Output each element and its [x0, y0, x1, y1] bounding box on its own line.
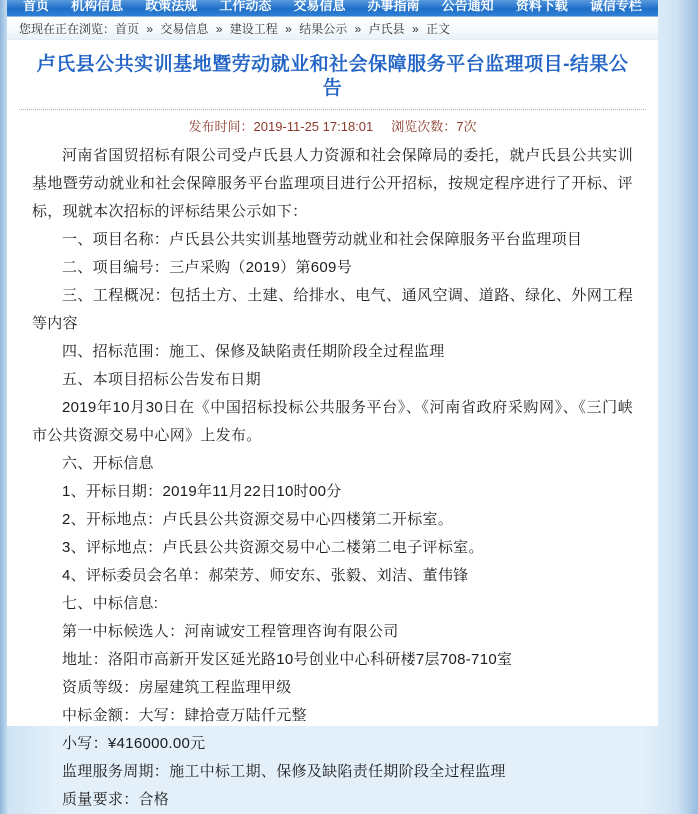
page-title: 卢氏县公共实训基地暨劳动就业和社会保障服务平台监理项目-结果公告	[32, 53, 633, 101]
article-paragraph: 一、项目名称：卢氏县公共实训基地暨劳动就业和社会保障服务平台监理项目	[32, 226, 633, 254]
article-paragraph: 2019年10月30日在《中国招标投标公共服务平台》、《河南省政府采购网》、《三…	[32, 394, 633, 450]
breadcrumb-link[interactable]: 结果公示	[299, 22, 347, 36]
nav-item[interactable]: 政策法规	[145, 0, 197, 16]
article-paragraph: 二、项目编号：三卢采购（2019）第609号	[32, 254, 633, 282]
content-page: 首页 机构信息 政策法规 工作动态 交易信息 办事指南 公告通知 资料下载 诚信…	[7, 0, 658, 726]
nav-item[interactable]: 交易信息	[293, 0, 345, 16]
article-paragraph: 四、招标范围：施工、保修及缺陷责任期阶段全过程监理	[32, 338, 633, 366]
breadcrumb-separator: »	[412, 22, 419, 36]
article-paragraph: 五、本项目招标公告发布日期	[32, 366, 633, 394]
article-body: 河南省国贸招标有限公司受卢氏县人力资源和社会保障局的委托，就卢氏县公共实训基地暨…	[32, 142, 633, 726]
views-value: 7次	[456, 119, 476, 134]
article-paragraph: 地址：洛阳市高新开发区延光路10号创业中心科研楼7层708-710室	[32, 646, 633, 674]
nav-item[interactable]: 机构信息	[71, 0, 123, 16]
article-paragraph: 七、中标信息:	[32, 590, 633, 618]
article-paragraph: 河南省国贸招标有限公司受卢氏县人力资源和社会保障局的委托，就卢氏县公共实训基地暨…	[32, 142, 633, 226]
article-paragraph: 六、开标信息	[32, 450, 633, 478]
publish-time-value: 2019-11-25 17:18:01	[254, 119, 374, 134]
breadcrumb-link[interactable]: 首页	[115, 22, 139, 36]
breadcrumb-link[interactable]: 卢氏县	[369, 22, 405, 36]
breadcrumb-separator: »	[355, 22, 362, 36]
breadcrumb-separator: »	[285, 22, 292, 36]
nav-item[interactable]: 诚信专栏	[590, 0, 642, 16]
nav-item[interactable]: 工作动态	[219, 0, 271, 16]
views-label: 浏览次数：	[391, 119, 456, 134]
nav-items: 首页 机构信息 政策法规 工作动态 交易信息 办事指南 公告通知 资料下载 诚信…	[7, 0, 658, 16]
breadcrumb-link[interactable]: 正文	[426, 22, 450, 36]
article-paragraph: 中标金额：大写：肆拾壹万陆仟元整	[32, 702, 633, 726]
article: 卢氏县公共实训基地暨劳动就业和社会保障服务平台监理项目-结果公告 发布时间：20…	[7, 53, 658, 726]
breadcrumb-separator: »	[216, 22, 223, 36]
article-paragraph: 三、工程概况：包括土方、土建、给排水、电气、通风空调、道路、绿化、外网工程等内容	[32, 282, 633, 338]
article-meta: 发布时间：2019-11-25 17:18:01浏览次数：7次	[32, 119, 633, 135]
breadcrumb-link[interactable]: 交易信息	[160, 22, 208, 36]
article-paragraph: 1、开标日期：2019年11月22日10时00分	[32, 478, 633, 506]
publish-time-label: 发布时间：	[188, 119, 253, 134]
nav-item[interactable]: 办事指南	[368, 0, 420, 16]
nav-item[interactable]: 公告通知	[442, 0, 494, 16]
top-navigation-bar: 首页 机构信息 政策法规 工作动态 交易信息 办事指南 公告通知 资料下载 诚信…	[7, 0, 658, 17]
nav-item[interactable]: 首页	[23, 0, 49, 16]
nav-item[interactable]: 资料下载	[516, 0, 568, 16]
breadcrumb-trail: 首页 » 交易信息 » 建设工程 » 结果公示 » 卢氏县 » 正文	[115, 20, 450, 37]
breadcrumb-prefix: 您现在正在浏览：	[19, 20, 115, 37]
article-paragraph: 4、评标委员会名单：郝荣芳、师安东、张毅、刘洁、董伟锋	[32, 562, 633, 590]
article-paragraph: 3、评标地点：卢氏县公共资源交易中心二楼第二电子评标室。	[32, 534, 633, 562]
article-paragraph: 资质等级：房屋建筑工程监理甲级	[32, 674, 633, 702]
breadcrumb-link[interactable]: 建设工程	[230, 22, 278, 36]
article-paragraph: 2、开标地点：卢氏县公共资源交易中心四楼第二开标室。	[32, 506, 633, 534]
breadcrumb: 您现在正在浏览： 首页 » 交易信息 » 建设工程 » 结果公示 » 卢氏县 »…	[7, 17, 658, 40]
article-paragraph: 第一中标候选人：河南诚安工程管理咨询有限公司	[32, 618, 633, 646]
title-divider	[19, 109, 646, 110]
breadcrumb-separator: »	[146, 22, 153, 36]
